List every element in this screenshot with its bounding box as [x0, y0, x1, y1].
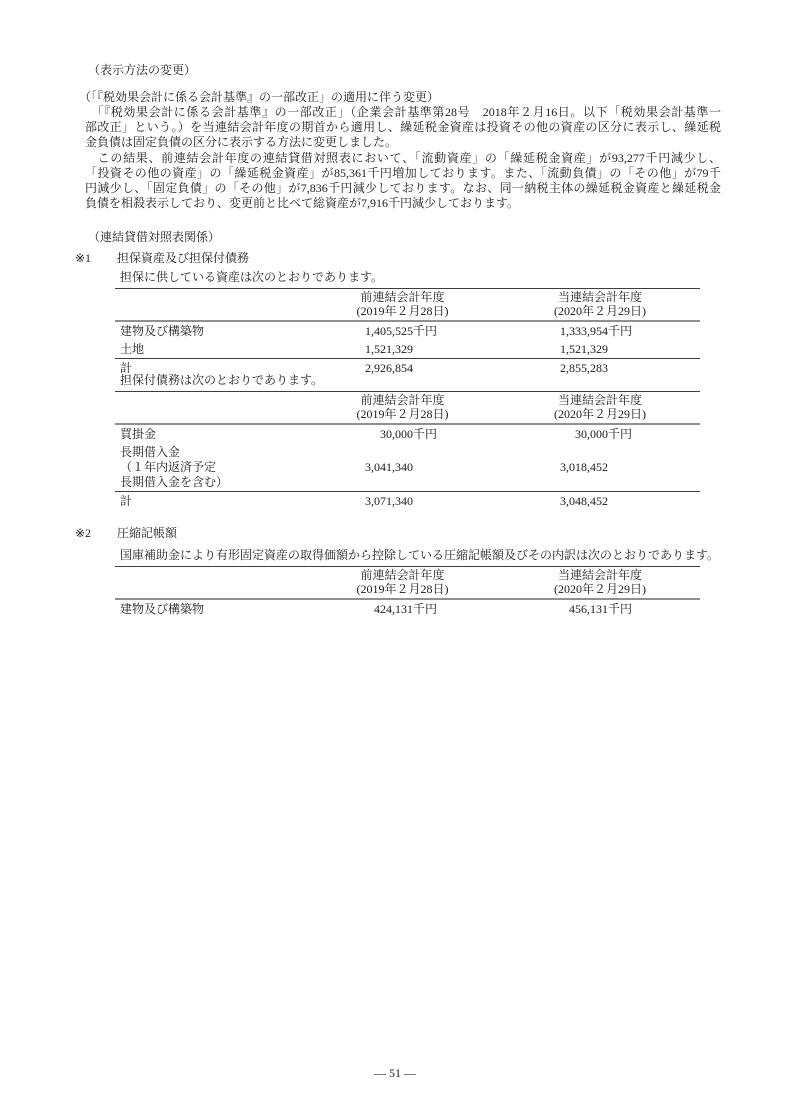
reduction-entry-table: 前連結会計年度 (2019年２月28日) 当連結会計年度 (2020年２月29日…: [115, 566, 700, 618]
table-header: 前連結会計年度 (2019年２月28日) 当連結会計年度 (2020年２月29日…: [115, 567, 700, 600]
balance-sheet-notes-heading: （連結貸借対照表関係）: [88, 230, 220, 245]
amount: 1,333,954: [560, 324, 608, 339]
paragraph-line: 部改正」という。）を当連結会計年度の期首から適用し、繰延税金資産は投資その他の資…: [85, 120, 721, 135]
row-label: 建物及び構築物: [115, 321, 305, 340]
table-row: 建物及び構築物 424,131千円 456,131千円: [115, 599, 700, 618]
period-name: 当連結会計年度: [500, 393, 700, 407]
prev-value-cell: 3,041,340: [305, 443, 500, 492]
period-date: (2019年２月28日): [305, 582, 500, 596]
period-name: 当連結会計年度: [500, 290, 700, 304]
prev-value-cell: 2,926,854: [305, 359, 500, 378]
header-prev-period: 前連結会計年度 (2019年２月28日): [305, 289, 500, 322]
amount: 3,018,452: [560, 460, 608, 475]
amount: 3,048,452: [560, 494, 608, 509]
pledged-assets-table: 前連結会計年度 (2019年２月28日) 当連結会計年度 (2020年２月29日…: [115, 288, 700, 377]
paragraph-line: 負債を相殺表示しており、変更前と比べて総資産が7,916千円減少しております。: [85, 196, 721, 211]
row-label: 買掛金: [115, 424, 305, 443]
header-current-period: 当連結会計年度 (2020年２月29日): [500, 567, 700, 600]
header-empty-cell: [115, 289, 305, 322]
amount: 3,041,340: [365, 460, 413, 475]
unit-label: 千円: [608, 602, 638, 617]
reduction-entry-intro: 国庫補助金により有形固定資産の取得価額から控除している圧縮記帳額及びその内訳は次…: [120, 548, 719, 563]
page-number: ― 51 ―: [0, 1066, 790, 1081]
curr-value-cell: 1,333,954千円: [500, 321, 700, 340]
amount: 1,405,525: [365, 324, 413, 339]
row-label: 建物及び構築物: [115, 599, 305, 618]
header-current-period: 当連結会計年度 (2020年２月29日): [500, 392, 700, 425]
row-label: 土地: [115, 340, 305, 359]
header-prev-period: 前連結会計年度 (2019年２月28日): [305, 567, 500, 600]
pledged-assets-intro: 担保に供している資産は次のとおりであります。: [120, 270, 383, 285]
table-header: 前連結会計年度 (2019年２月28日) 当連結会計年度 (2020年２月29日…: [115, 392, 700, 425]
table-header: 前連結会計年度 (2019年２月28日) 当連結会計年度 (2020年２月29日…: [115, 289, 700, 322]
header-empty-cell: [115, 567, 305, 600]
prev-value-cell: 424,131千円: [305, 599, 500, 618]
row-label-multiline: 長期借入金 （１年内返済予定 長期借入金を含む）: [115, 443, 305, 492]
unit-label: 千円: [608, 324, 638, 339]
paragraph-line: 円減少し、「固定負債」の「その他」が7,836千円減少しております。なお、同一納…: [85, 181, 721, 196]
amount: 1,521,329: [560, 342, 608, 357]
curr-value-cell: 1,521,329: [500, 340, 700, 359]
prev-value-cell: 1,521,329: [305, 340, 500, 359]
secured-debts-intro: 担保付債務は次のとおりであります。: [120, 373, 323, 388]
secured-debts-table: 前連結会計年度 (2019年２月28日) 当連結会計年度 (2020年２月29日…: [115, 391, 700, 510]
note2-marker: ※2: [75, 526, 91, 541]
table-total-row: 計 3,071,340 3,048,452: [115, 492, 700, 511]
header-prev-period: 前連結会計年度 (2019年２月28日): [305, 392, 500, 425]
amount: 30,000: [380, 427, 413, 442]
header-current-period: 当連結会計年度 (2020年２月29日): [500, 289, 700, 322]
label-line: 長期借入金: [120, 445, 305, 460]
curr-value-cell: 456,131千円: [500, 599, 700, 618]
unit-label: 千円: [608, 427, 638, 442]
table-row: 長期借入金 （１年内返済予定 長期借入金を含む） 3,041,340 3,018…: [115, 443, 700, 492]
amount: 424,131: [374, 602, 413, 617]
label-line: （１年内返済予定: [120, 460, 305, 475]
period-name: 前連結会計年度: [305, 568, 500, 582]
period-name: 当連結会計年度: [500, 568, 700, 582]
presentation-change-heading: （表示方法の変更）: [88, 63, 196, 78]
period-name: 前連結会計年度: [305, 393, 500, 407]
prev-value-cell: 1,405,525千円: [305, 321, 500, 340]
unit-label: 千円: [413, 602, 443, 617]
curr-value-cell: 30,000千円: [500, 424, 700, 443]
paragraph-line: 金負債は固定負債の区分に表示する方法に変更しました。: [85, 135, 721, 150]
note1-title: 担保資産及び担保付債務: [117, 251, 249, 266]
amount: 3,071,340: [365, 494, 413, 509]
header-empty-cell: [115, 392, 305, 425]
unit-label: 千円: [413, 324, 443, 339]
curr-value-cell: 2,855,283: [500, 359, 700, 378]
curr-value-cell: 3,048,452: [500, 492, 700, 511]
row-label: 計: [115, 492, 305, 511]
amount: 1,521,329: [365, 342, 413, 357]
amount: 30,000: [575, 427, 608, 442]
period-date: (2020年２月29日): [500, 582, 700, 596]
tax-effect-amendment-subheading: （「『税効果会計に係る会計基準』の一部改正」の適用に伴う変更）: [79, 90, 439, 105]
table-row: 買掛金 30,000千円 30,000千円: [115, 424, 700, 443]
amount: 2,926,854: [365, 361, 413, 376]
period-date: (2020年２月29日): [500, 304, 700, 318]
note1-marker: ※1: [75, 251, 91, 266]
curr-value-cell: 3,018,452: [500, 443, 700, 492]
prev-value-cell: 30,000千円: [305, 424, 500, 443]
period-date: (2020年２月29日): [500, 407, 700, 421]
paragraph-line: 「投資その他の資産」の「繰延税金資産」が85,361千円増加しております。また、…: [85, 166, 721, 181]
table-row: 建物及び構築物 1,405,525千円 1,333,954千円: [115, 321, 700, 340]
amount: 456,131: [569, 602, 608, 617]
period-date: (2019年２月28日): [305, 304, 500, 318]
period-date: (2019年２月28日): [305, 407, 500, 421]
label-line: 長期借入金を含む）: [120, 475, 305, 490]
note2-title: 圧縮記帳額: [117, 526, 177, 541]
paragraph-line: この結果、前連結会計年度の連結貸借対照表において、「流動資産」の「繰延税金資産」…: [85, 151, 721, 166]
paragraph-line: 「『税効果会計に係る会計基準』の一部改正」（企業会計基準第28号 2018年２月…: [85, 105, 721, 120]
table-row: 土地 1,521,329 1,521,329: [115, 340, 700, 359]
prev-value-cell: 3,071,340: [305, 492, 500, 511]
application-paragraph: 「『税効果会計に係る会計基準』の一部改正」（企業会計基準第28号 2018年２月…: [85, 105, 721, 150]
amount: 2,855,283: [560, 361, 608, 376]
unit-label: 千円: [413, 427, 443, 442]
period-name: 前連結会計年度: [305, 290, 500, 304]
document-page: （表示方法の変更） （「『税効果会計に係る会計基準』の一部改正」の適用に伴う変更…: [0, 0, 790, 1118]
impact-paragraph: この結果、前連結会計年度の連結貸借対照表において、「流動資産」の「繰延税金資産」…: [85, 151, 721, 211]
